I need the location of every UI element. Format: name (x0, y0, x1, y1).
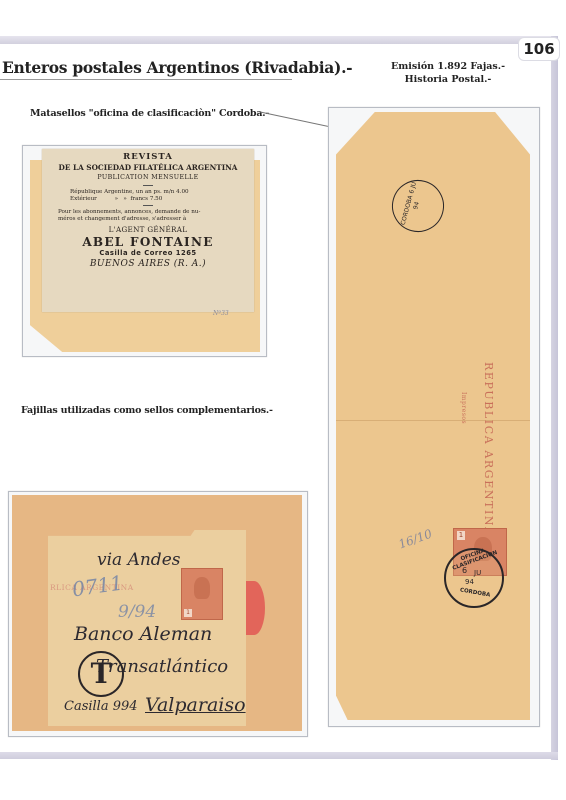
sleeve-bottom-edge (0, 752, 558, 759)
revista-society: DE LA SOCIEDAD FILATÉLICA ARGENTINA (44, 163, 252, 173)
page-title: Enteros postales Argentinos (Rivadabia).… (2, 58, 352, 77)
subtitle-history: Historia Postal.- (378, 73, 518, 86)
revista-agent-label: L'AGENT GÉNÉRAL (44, 225, 252, 235)
t-mark-letter: T (91, 657, 112, 690)
revista-info-1: Pour les abonnements, annonces, demande … (44, 209, 252, 216)
postage-due-t-mark: T (78, 651, 124, 697)
tall-wrapper-impresos: Impresos (460, 392, 467, 424)
revista-publication: PUBLICATION MENSUELLE (44, 173, 252, 183)
cancel-oficina-clasificacion: OFICINA CLASIFICACION 6 JU 94 CORDOBA (444, 548, 504, 608)
cover-rivadavia-portrait (194, 577, 210, 599)
caption-cancellation: Matasellos "oficina de clasificaciòn" Co… (30, 108, 269, 119)
address-via: via Andes (97, 550, 180, 570)
revista-price-abroad: Extérieur » » francs 7.50 (44, 196, 252, 203)
cover-red-indicium (243, 581, 265, 635)
cover-indicium-value: 1 (184, 609, 192, 617)
indicium-value: 1 (457, 531, 465, 540)
caption-complementary: Fajillas utilizadas como sellos compleme… (21, 405, 273, 416)
revista-separator (143, 185, 153, 186)
revista-agent-name: ABEL FONTAINE (44, 235, 252, 249)
address-bank: Banco Aleman (74, 623, 212, 645)
page-number-badge: 106 (518, 37, 560, 61)
cancel-month: JU (474, 569, 481, 577)
tall-wrapper-imprint: REPUBLICA ARGENTINA (482, 362, 495, 537)
revista-price-local: République Argentine, un an ps. m/n 4.00 (44, 189, 252, 196)
revista-po-box: Casilla de Correo 1265 (44, 249, 252, 258)
revista-separator-2 (143, 205, 153, 206)
tall-wrapper-fold (336, 420, 530, 421)
revista-pencil-note: Nº33 (213, 310, 229, 317)
sleeve-right-edge (551, 36, 558, 760)
revista-label-text: REVISTA DE LA SOCIEDAD FILATÉLICA ARGENT… (44, 152, 252, 270)
sleeve-top-edge (0, 36, 558, 44)
revista-title: REVISTA (44, 152, 252, 163)
revista-info-2: méros et changement d'adresse, s'adresse… (44, 216, 252, 223)
page-subtitle: Emisión 1.892 Fajas.- Historia Postal.- (378, 60, 518, 86)
cancel-day: 6 (462, 566, 467, 575)
blue-pencil-mark-2: 9/94 (118, 602, 156, 622)
cancel-bottom-text: CORDOBA (450, 586, 500, 601)
title-underline (0, 79, 292, 80)
cancel-year: 94 (465, 578, 474, 586)
cover-indicium: 1 (181, 568, 223, 620)
subtitle-issue: Emisión 1.892 Fajas.- (378, 60, 518, 73)
address-po-box: Casilla 994 (64, 699, 138, 714)
revista-city: BUENOS AIRES (R. A.) (44, 258, 252, 270)
caption-leader-line (258, 111, 331, 127)
address-city: Valparaiso (145, 694, 246, 716)
